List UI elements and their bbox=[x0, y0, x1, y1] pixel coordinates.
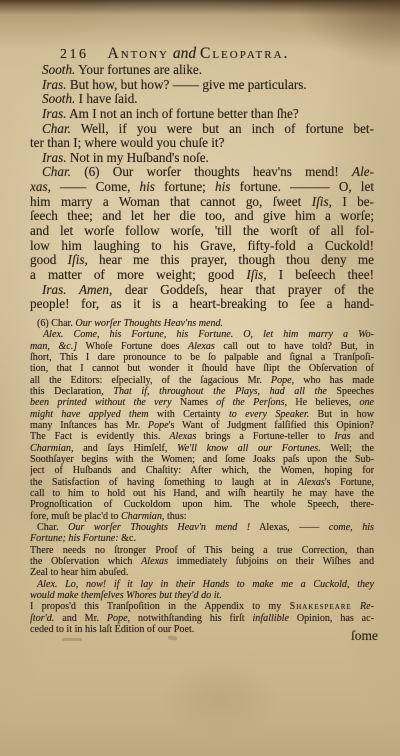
text-line: all the Editors: eſpecially, of the ſaga… bbox=[30, 375, 374, 386]
text-segment: been printed without the very bbox=[30, 397, 172, 408]
text-segment: ſeech thee; and let her die too, and giv… bbox=[30, 209, 374, 223]
text-line: a matter of more weight; good Iſis, I be… bbox=[30, 268, 374, 283]
text-segment: —— Come, bbox=[51, 180, 140, 194]
text-segment: Iſis, bbox=[312, 195, 332, 209]
text-segment: Char. bbox=[42, 122, 71, 136]
text-segment: low him laughing to his Grave, fifty-fol… bbox=[30, 239, 374, 253]
text-segment: I propos'd this Tranſpoſition in the App… bbox=[30, 601, 290, 612]
text-segment: ject of Huſbands and Chaſtity: After whi… bbox=[30, 465, 374, 476]
text-line: might have applyed them with Certainty t… bbox=[30, 409, 374, 420]
text-line: The Fact is evidently this. Alexas bring… bbox=[30, 431, 374, 442]
text-segment: ſhort, This I dare pronounce to be ſo pa… bbox=[30, 352, 374, 363]
text-segment: 's Want of Judgment falſified this Opini… bbox=[169, 420, 374, 431]
text-segment: Alexas, —— bbox=[250, 522, 329, 533]
text-segment: Alex. Lo, now! if it lay in their Hands … bbox=[37, 579, 374, 590]
book-page-photo: 216 Antony and Cleopatra. Sooth. Your fo… bbox=[0, 0, 400, 756]
text-line: Iras. Am I not an inch of fortune better… bbox=[30, 107, 374, 122]
text-segment: call to him to hold out his Hand, and wi… bbox=[30, 488, 374, 499]
text-segment: Pope, bbox=[107, 613, 130, 624]
text-segment: Shakespeare bbox=[290, 601, 352, 612]
text-segment: There needs no ſtronger Proof of This be… bbox=[30, 545, 374, 556]
text-segment: Iras bbox=[334, 431, 350, 442]
text-segment: call out to have told? But, in bbox=[215, 341, 374, 352]
text-segment: ceded to it in his laſt Edition of our P… bbox=[30, 624, 194, 635]
text-segment: would make themſelves Whores but they'd … bbox=[30, 590, 222, 601]
main-text-block: Sooth. Your fortunes are alike.Iras. But… bbox=[30, 63, 374, 312]
text-segment: Charmian, bbox=[30, 443, 73, 454]
text-segment: one bbox=[359, 397, 374, 408]
text-line: Charmian, and ſays Himſelf, We'll know a… bbox=[30, 443, 374, 454]
text-segment: many Inſtances has Mr. bbox=[30, 420, 148, 431]
text-segment: Sooth. bbox=[42, 63, 75, 77]
text-segment: Well; the bbox=[321, 443, 374, 454]
text-segment: this Declaration, bbox=[30, 386, 113, 397]
text-segment: Antony bbox=[108, 45, 170, 62]
text-segment: Our worſer Thoughts Heav'n mend ! bbox=[68, 522, 250, 533]
text-segment: thus: bbox=[164, 511, 186, 522]
text-segment: might have applyed them bbox=[30, 409, 149, 420]
text-line: the Obſervation which Alexas immediately… bbox=[30, 556, 374, 567]
text-segment: Your fortunes are alike. bbox=[75, 63, 202, 77]
text-segment: Pope, bbox=[271, 375, 294, 386]
text-segment: man, &c.] bbox=[30, 341, 77, 352]
text-segment: his bbox=[140, 180, 155, 194]
text-segment: ter than I; where would you chuſe it? bbox=[30, 136, 224, 150]
text-segment: Names bbox=[172, 397, 217, 408]
text-segment: to every Speaker. bbox=[229, 409, 309, 420]
text-line: this Declaration, That if, throughout th… bbox=[30, 386, 374, 397]
text-line: man, &c.] Whoſe Fortune does Alexas call… bbox=[30, 341, 374, 352]
text-segment: That if, throughout the Plays, had all t… bbox=[113, 386, 327, 397]
page-title: Antony and Cleopatra. bbox=[108, 45, 290, 63]
text-line: ſtor'd. and Mr. Pope, notwithſtanding hi… bbox=[30, 613, 374, 624]
text-line: Char. (6) Our worſer thoughts heav'ns me… bbox=[30, 165, 374, 180]
text-line: people! for, as it is a heart-breaking t… bbox=[30, 297, 374, 312]
text-segment: Alexas bbox=[188, 341, 215, 352]
text-segment: the Obſervation which bbox=[30, 556, 141, 567]
text-line: Fortune; his Fortune: &c. bbox=[30, 533, 374, 544]
text-segment: and ſays Himſelf, bbox=[73, 443, 177, 454]
text-segment: Alexas bbox=[169, 431, 196, 442]
text-segment: 's Fortune, bbox=[325, 477, 374, 488]
text-segment: dear Goddeſs, hear that prayer of the bbox=[112, 283, 374, 297]
text-line: (6) Char. Our worſer Thoughts Heav'ns me… bbox=[30, 318, 374, 329]
text-line: and let worſe follow worſe, 'till the wo… bbox=[30, 224, 374, 239]
text-segment: Not in my Huſband's noſe. bbox=[67, 151, 209, 165]
text-segment: Whoſe Fortune does bbox=[77, 341, 188, 352]
text-line: Char. Well, if you were but an inch of f… bbox=[30, 122, 374, 137]
text-line: ſhort, This I dare pronounce to be ſo pa… bbox=[30, 352, 374, 363]
text-line: ject of Huſbands and Chaſtity: After whi… bbox=[30, 465, 374, 476]
text-segment: Our worſer Thoughts Heav'ns mend. bbox=[75, 318, 223, 329]
text-segment: who has made bbox=[294, 375, 374, 386]
text-line: xas, —— Come, his fortune; his fortune. … bbox=[30, 180, 374, 195]
text-line: Char. Our worſer Thoughts Heav'n mend ! … bbox=[30, 522, 374, 533]
text-line: Alex. Come, his Fortune, his Fortune. O,… bbox=[30, 329, 374, 340]
text-segment: Well, if you were but an inch of fortune… bbox=[71, 122, 374, 136]
text-segment: Pope bbox=[148, 420, 169, 431]
text-segment: &c. bbox=[119, 533, 136, 544]
text-segment: Ale- bbox=[352, 165, 374, 179]
text-segment: Alexas bbox=[298, 477, 325, 488]
text-segment: Re- bbox=[360, 601, 374, 612]
text-segment: We'll know all our Fortunes. bbox=[177, 443, 321, 454]
text-segment: his bbox=[215, 180, 230, 194]
text-segment: all the Editors: eſpecially, of the ſaga… bbox=[30, 375, 271, 386]
text-segment: I beſeech thee! bbox=[267, 268, 374, 282]
text-line: Alex. Lo, now! if it lay in their Hands … bbox=[30, 579, 374, 590]
text-segment: Iras. bbox=[42, 151, 67, 165]
text-segment: brings a Fortune-teller to bbox=[196, 431, 334, 442]
text-segment: fortune; bbox=[155, 180, 215, 194]
text-segment: the Satisfaction of having ſomething to … bbox=[30, 477, 298, 488]
text-segment: and bbox=[169, 45, 200, 62]
text-segment: ſtor'd. bbox=[30, 613, 54, 624]
faint-mark bbox=[62, 638, 82, 641]
text-segment: good bbox=[30, 253, 68, 267]
text-segment: (6) Char. bbox=[37, 318, 75, 329]
text-line: good Iſis, hear me this prayer, though t… bbox=[30, 253, 374, 268]
text-segment: He believes, bbox=[287, 397, 359, 408]
text-line: Zeal to hear him abuſed. bbox=[30, 567, 374, 578]
text-segment: Speeches bbox=[327, 386, 374, 397]
text-line: him marry a Woman that cannot go, ſweet … bbox=[30, 195, 374, 210]
text-segment: Iſis, bbox=[68, 253, 88, 267]
text-segment: Iras. bbox=[42, 78, 67, 92]
text-segment: and Mr. bbox=[54, 613, 107, 624]
text-segment: of the Perſons, bbox=[216, 397, 287, 408]
text-segment: Char. bbox=[37, 522, 68, 533]
text-segment: notwithſtanding his firſt bbox=[130, 613, 252, 624]
text-segment: him marry a Woman that cannot go, ſweet bbox=[30, 195, 312, 209]
text-segment: Char. bbox=[42, 165, 71, 179]
text-segment: fortune. ——— O, let bbox=[230, 180, 374, 194]
text-segment: Prognoſtication of Cuckoldom upon him. T… bbox=[30, 499, 374, 510]
catchword: ſome bbox=[351, 628, 378, 644]
text-segment: infallible bbox=[253, 613, 289, 624]
text-segment: immediately ſubjoins on their Wiſhes and bbox=[168, 556, 374, 567]
text-line: There needs no ſtronger Proof of This be… bbox=[30, 545, 374, 556]
text-segment: Am I not an inch of fortune better than … bbox=[67, 107, 299, 121]
text-line: Prognoſtication of Cuckoldom upon him. T… bbox=[30, 499, 374, 510]
text-segment: and bbox=[350, 431, 374, 442]
text-segment: a matter of more weight; good bbox=[30, 268, 246, 282]
text-line: tion, that I cannot but wonder it ſhould… bbox=[30, 363, 374, 374]
text-segment: Zeal to hear him abuſed. bbox=[30, 567, 128, 578]
text-segment: and let worſe follow worſe, 'till the wo… bbox=[30, 224, 374, 238]
faint-mark bbox=[168, 635, 177, 640]
text-segment: But in how bbox=[309, 409, 374, 420]
text-line: fore, muſt be plac'd to Charmian, thus: bbox=[30, 511, 374, 522]
paper-stain bbox=[160, 660, 280, 740]
text-line: I propos'd this Tranſpoſition in the App… bbox=[30, 601, 374, 612]
text-line: would make themſelves Whores but they'd … bbox=[30, 590, 374, 601]
text-line: been printed without the very Names of t… bbox=[30, 397, 374, 408]
text-segment: Soothſayer begins with the Women; and ſo… bbox=[30, 454, 374, 465]
text-line: Iras. Not in my Huſband's noſe. bbox=[30, 151, 374, 166]
text-segment bbox=[352, 601, 360, 612]
text-segment: The Fact is evidently this. bbox=[30, 431, 169, 442]
footnote-block: (6) Char. Our worſer Thoughts Heav'ns me… bbox=[30, 318, 374, 635]
text-segment: come, his bbox=[329, 522, 374, 533]
text-line: Iras. Amen, dear Goddeſs, hear that pray… bbox=[30, 283, 374, 298]
text-segment: Fortune; his Fortune: bbox=[30, 533, 119, 544]
text-line: Sooth. I have ſaid. bbox=[30, 92, 374, 107]
text-line: ſeech thee; and let her die too, and giv… bbox=[30, 209, 374, 224]
text-segment: I have ſaid. bbox=[75, 92, 137, 106]
text-line: call to him to hold out his Hand, and wi… bbox=[30, 488, 374, 499]
text-segment: Alexas bbox=[141, 556, 168, 567]
text-segment: Alex. Come, his Fortune, his Fortune. O,… bbox=[43, 329, 374, 340]
text-line: Soothſayer begins with the Women; and ſo… bbox=[30, 454, 374, 465]
text-segment: But how, but how? —— give me particulars… bbox=[67, 78, 307, 92]
text-line: ter than I; where would you chuſe it? bbox=[30, 136, 374, 151]
text-line: many Inſtances has Mr. Pope's Want of Ju… bbox=[30, 420, 374, 431]
text-line: low him laughing to his Grave, fifty-fol… bbox=[30, 239, 374, 254]
text-line: Iras. But how, but how? —— give me parti… bbox=[30, 78, 374, 93]
text-line: ceded to it in his laſt Edition of our P… bbox=[30, 624, 374, 635]
page-number: 216 bbox=[60, 47, 89, 63]
text-segment: people! for, as it is a heart-breaking t… bbox=[30, 297, 374, 311]
text-segment: Charmian, bbox=[121, 511, 164, 522]
page-header: 216 Antony and Cleopatra. bbox=[30, 45, 372, 63]
text-segment: Opinion, has ac- bbox=[289, 613, 374, 624]
text-segment: hear me this prayer, though thou deny me bbox=[88, 253, 374, 267]
text-segment: Iras. bbox=[42, 107, 67, 121]
text-segment: Sooth. bbox=[42, 92, 75, 106]
text-line: the Satisfaction of having ſomething to … bbox=[30, 477, 374, 488]
text-segment: tion, that I cannot but wonder it ſhould… bbox=[30, 363, 374, 374]
text-segment: xas, bbox=[30, 180, 51, 194]
text-line: Sooth. Your fortunes are alike. bbox=[30, 63, 374, 78]
text-segment: (6) Our worſer thoughts heav'ns mend! bbox=[71, 165, 352, 179]
text-segment: Iſis, bbox=[246, 268, 266, 282]
text-segment: fore, muſt be plac'd to bbox=[30, 511, 121, 522]
text-segment: I be- bbox=[332, 195, 374, 209]
text-segment: Cleopatra. bbox=[200, 45, 289, 62]
text-segment: Iras. Amen, bbox=[42, 283, 112, 297]
text-segment: with Certainty bbox=[149, 409, 229, 420]
